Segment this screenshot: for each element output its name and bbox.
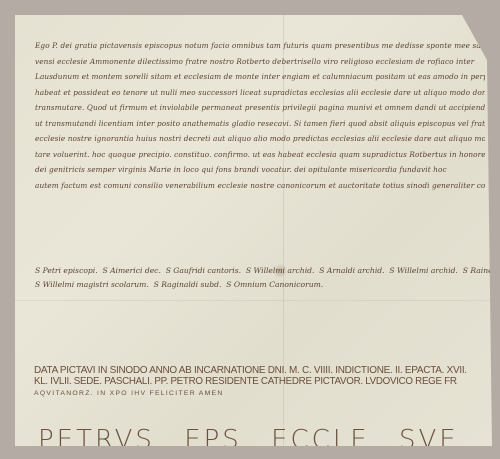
signature: S Arnaldi archid. — [319, 266, 384, 275]
subscription-word: SVE — [399, 425, 459, 446]
dating-clause: DATA PICTAVI IN SINODO ANNO AB INCARNATI… — [34, 365, 489, 399]
charter-body-text: Ego P. dei gratia pictavensis episcopus … — [35, 38, 485, 193]
signature: S Willelmi archid. — [246, 266, 315, 275]
dating-line: AQVITANORZ. IN XPO IHV FELICITER AMEN — [34, 388, 489, 399]
signature: S Willelmi archid. — [389, 266, 458, 275]
body-line: ut transmutandi licentiam inter posito a… — [35, 116, 485, 132]
witness-signatures: S Petri episcopi. S Aimerici dec. S Gauf… — [35, 264, 485, 292]
subscription-word: PETRVS — [38, 425, 155, 446]
body-line: vensi ecclesie Ammonente dilectissimo fr… — [35, 54, 485, 70]
signature: S Aimerici dec. — [102, 266, 160, 275]
horizontal-fold-crease — [15, 300, 492, 301]
bishop-subscription: PETRVS EPS ECCLE SVE — [38, 425, 477, 446]
body-line: autem factum est comuni consilio venerab… — [35, 178, 485, 194]
body-line: habeat et possideat eo tenore ut nulli m… — [35, 85, 485, 101]
body-line: Lausdunum et montem sorelli sitam et ecc… — [35, 69, 485, 85]
body-line: dei genitricis semper virginis Marie in … — [35, 162, 485, 178]
signature: S Rainerii capicerii. — [463, 266, 492, 275]
body-line: transmutare. Quod ut firmum et inviolabi… — [35, 100, 485, 116]
subscription-word: ECCLE — [271, 425, 370, 446]
signature: S Petri episcopi. — [35, 266, 98, 275]
body-line: Ego P. dei gratia pictavensis episcopus … — [35, 38, 485, 54]
signature-row: S Petri episcopi. S Aimerici dec. S Gauf… — [35, 264, 485, 278]
body-line: ecclesie nostre ignorantia huius nostri … — [35, 131, 485, 147]
signature-row: S Willelmi magistri scolarum. S Raginald… — [35, 278, 485, 292]
signature: S Omnium Canonicorum. — [226, 280, 323, 289]
signature: S Gaufridi cantoris. — [166, 266, 241, 275]
dating-line: KL. IVLII. SEDE. PASCHALI. PP. PETRO RES… — [34, 376, 457, 387]
dating-line: DATA PICTAVI IN SINODO ANNO AB INCARNATI… — [34, 365, 466, 376]
subscription-word: EPS — [184, 425, 242, 446]
signature: S Willelmi magistri scolarum. — [35, 280, 149, 289]
body-line: tare voluerint. hoc quoque precipio. con… — [35, 147, 485, 163]
signature: S Raginaldi subd. — [154, 280, 222, 289]
parchment-charter: Ego P. dei gratia pictavensis episcopus … — [15, 15, 492, 446]
